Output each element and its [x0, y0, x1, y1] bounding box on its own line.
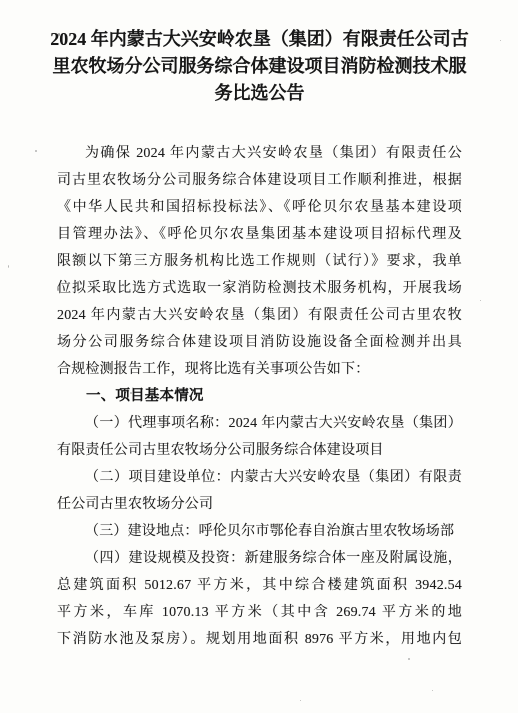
title-line: 2024 年内蒙古大兴安岭农垦（集团）有限责任公司古 [43, 26, 476, 53]
intro-line: 合规检测报告工作，现将比选有关事项公告如下： [57, 356, 462, 383]
document-body: 为确保 2024 年内蒙古大兴安岭农垦（集团）有限责任公 司古里农牧场分公司服务… [57, 140, 462, 653]
intro-line: 限额以下第三方服务机构比选工作规则（试行）》要求，我单 [57, 248, 462, 275]
document-title: 2024 年内蒙古大兴安岭农垦（集团）有限责任公司古 里农牧场分公司服务综合体建… [43, 26, 476, 107]
scanned-document-page: 2024 年内蒙古大兴安岭农垦（集团）有限责任公司古 里农牧场分公司服务综合体建… [0, 0, 518, 713]
intro-line: 2024 年内蒙古大兴安岭农垦（集团）有限责任公司古里农牧 [57, 302, 462, 329]
item-line: （二）项目建设单位：内蒙古大兴安岭农垦（集团）有限责 [57, 464, 462, 491]
item-line: 任公司古里农牧场分公司 [57, 491, 462, 518]
intro-line: 为确保 2024 年内蒙古大兴安岭农垦（集团）有限责任公 [57, 140, 462, 167]
intro-line: 司古里农牧场分公司服务综合体建设项目工作顺利推进，根据 [57, 167, 462, 194]
scan-speck [432, 690, 433, 691]
scan-speck [480, 300, 481, 301]
item-line: 下消防水池及泵房）。规划用地面积 8976 平方米，用地内包 [57, 626, 462, 653]
scan-speck [57, 287, 59, 291]
item-line: （三）建设地点：呼伦贝尔市鄂伦春自治旗古里农牧场场部 [57, 518, 462, 545]
scan-speck [35, 150, 37, 152]
scan-speck [130, 392, 132, 394]
item-line: 总建筑面积 5012.67 平方米，其中综合楼建筑面积 3942.54 [57, 572, 462, 599]
intro-line: 场分公司服务综合体建设项目消防设施设备全面检测并出具 [57, 329, 462, 356]
item-line: （四）建设规模及投资：新建服务综合体一座及附属设施， [57, 545, 462, 572]
intro-line: 目管理办法》、《呼伦贝尔农垦集团基本建设项目招标代理及 [57, 221, 462, 248]
section-heading: 一、项目基本情况 [57, 383, 462, 410]
scan-speck [58, 33, 60, 36]
item-line: 平方米，车库 1070.13 平方米（其中含 269.74 平方米的地 [57, 599, 462, 626]
scan-speck [300, 700, 301, 701]
item-line: （一）代理事项名称：2024 年内蒙古大兴安岭农垦（集团） [57, 410, 462, 437]
intro-line: 《中华人民共和国招标投标法》、《呼伦贝尔农垦基本建设项 [57, 194, 462, 221]
item-line: 有限责任公司古里农牧场分公司服务综合体建设项目 [57, 437, 462, 464]
title-line: 务比选公告 [43, 80, 476, 107]
intro-line: 位拟采取比选方式选取一家消防检测技术服务机构，开展我场 [57, 275, 462, 302]
title-line: 里农牧场分公司服务综合体建设项目消防检测技术服 [43, 53, 476, 80]
scan-speck [500, 40, 501, 41]
scan-speck [408, 658, 410, 660]
scan-speck [8, 265, 9, 268]
